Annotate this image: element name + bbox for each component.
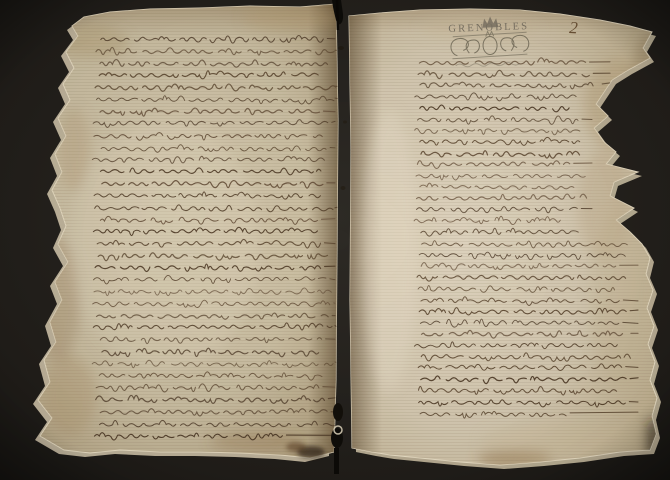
binding-stitch (338, 46, 344, 50)
page-left-shading (30, 0, 340, 480)
binding-fold-end (334, 448, 339, 474)
binding-stitch (333, 403, 343, 421)
paper-stain (242, 6, 338, 30)
manuscript-scan: GRENOBLES 2 (0, 0, 670, 480)
binding-stitch (341, 186, 346, 190)
binding-stitch (343, 121, 347, 124)
ink-stain (286, 442, 306, 452)
page-number: 2 (569, 18, 579, 37)
paper-stain (362, 110, 418, 390)
manuscript-svg: GRENOBLES 2 (0, 0, 670, 480)
page-right-shading (344, 0, 666, 480)
paper-stain (44, 355, 96, 435)
